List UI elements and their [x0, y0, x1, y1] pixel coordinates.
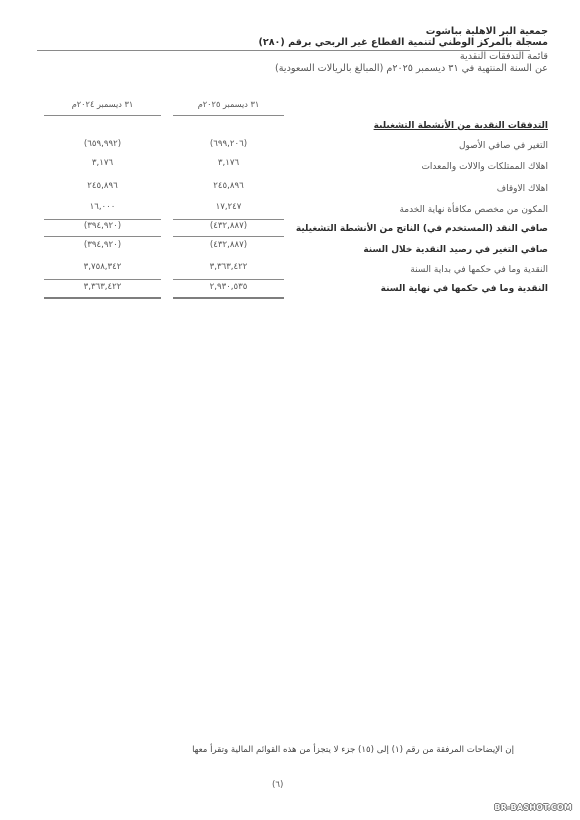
column-header-rule-2025: [173, 115, 284, 116]
column-header-rule-2024: [44, 115, 161, 116]
statement-period: عن السنة المنتهية في ٣١ ديسمبر ٢٠٢٥م (ال…: [275, 63, 548, 74]
double-underline-2024: [44, 297, 161, 299]
subtotal-rule-2024: [44, 219, 161, 220]
row-value-prior: ٢٤٥,٨٩٦: [44, 181, 161, 191]
page-number: (٦): [272, 780, 283, 790]
row-label-net-cash-operating: صافي النقد (المستخدم في) الناتج من الأنش…: [296, 224, 548, 234]
subtotal-rule-2024: [44, 236, 161, 237]
double-underline-2025: [173, 297, 284, 299]
row-label-end-of-service-provision: المكون من مخصص مكافأة نهاية الخدمة: [399, 205, 548, 215]
row-label-change-net-assets: التغير في صافي الأصول: [459, 141, 548, 151]
total-rule-2025: [173, 279, 284, 280]
row-value-current: (٤٣٢,٨٨٧): [173, 240, 284, 250]
statement-title: قائمة التدفقات النقدية: [460, 51, 548, 62]
row-value-current: ٢٤٥,٨٩٦: [173, 181, 284, 191]
row-value-prior: ١٦,٠٠٠: [44, 202, 161, 212]
row-value-current: ٣,٣٦٣,٤٢٢: [173, 262, 284, 272]
row-value-current: ٢,٩٣٠,٥٣٥: [173, 282, 284, 292]
row-value-prior: ٣,٧٥٨,٣٤٢: [44, 262, 161, 272]
row-value-current: ٣,١٧٦: [173, 158, 284, 168]
section-heading-operating: التدفقات النقدية من الأنشطة التشغيلية: [374, 121, 548, 131]
subtotal-rule-2025: [173, 219, 284, 220]
row-value-current: (٤٣٢,٨٨٧): [173, 221, 284, 231]
row-value-prior: (٦٥٩,٩٩٢): [44, 139, 161, 149]
row-label-depreciation-endowments: اهلاك الاوقاف: [497, 184, 548, 194]
footnote: إن الإيضاحات المرفقة من رقم (١) إلى (١٥)…: [192, 745, 514, 755]
row-value-current: ١٧,٢٤٧: [173, 202, 284, 212]
row-value-current: (٦٩٩,٢٠٦): [173, 139, 284, 149]
registration-line: مسجلة بالمركز الوطني لتنمية القطاع غير ا…: [258, 37, 548, 48]
organization-name: جمعية البر الاهلية بباشوت: [426, 26, 548, 37]
row-label-net-change-cash: صافي التغير في رصيد النقدية خلال السنة: [363, 245, 548, 255]
row-label-cash-beginning: النقدية وما في حكمها في بداية السنة: [410, 265, 548, 275]
total-rule-2024: [44, 279, 161, 280]
row-value-prior: (٣٩٤,٩٢٠): [44, 221, 161, 231]
watermark: BR-BASHOT.COM: [494, 803, 572, 812]
row-label-depreciation-ppe: اهلاك الممتلكات والالات والمعدات: [421, 162, 548, 172]
row-value-prior: ٣,١٧٦: [44, 158, 161, 168]
subtotal-rule-2025: [173, 236, 284, 237]
row-label-cash-ending: النقدية وما في حكمها في نهاية السنة: [381, 284, 548, 294]
row-value-prior: ٣,٣٦٣,٤٢٢: [44, 282, 161, 292]
column-header-2025: ٣١ ديسمبر ٢٠٢٥م: [173, 99, 284, 109]
column-header-2024: ٣١ ديسمبر ٢٠٢٤م: [44, 99, 161, 109]
row-value-prior: (٣٩٤,٩٢٠): [44, 240, 161, 250]
header-divider: [37, 50, 530, 51]
